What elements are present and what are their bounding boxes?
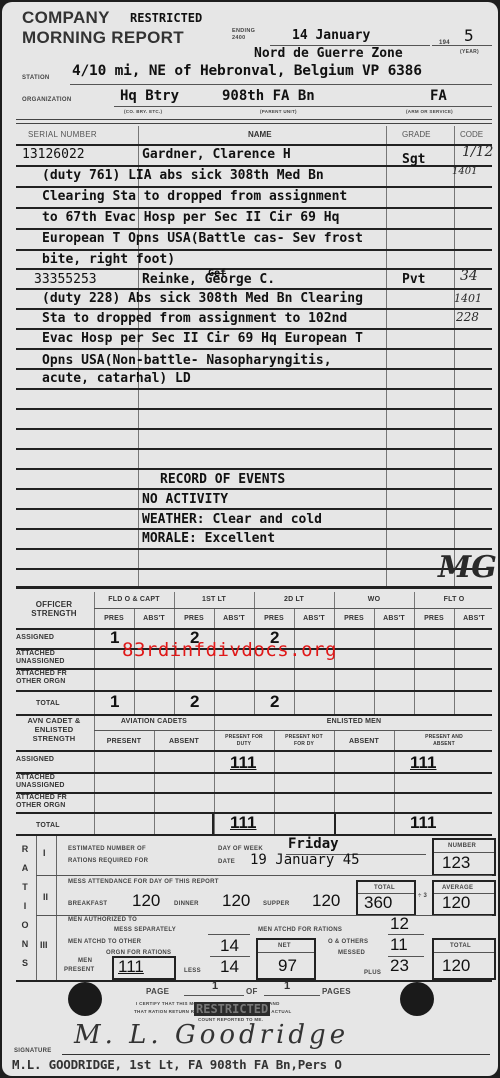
- dinner-label: DINNER: [174, 901, 199, 907]
- sub-header: PRES: [174, 615, 214, 622]
- rations-col: [56, 836, 57, 980]
- number-label: NUMBER: [448, 843, 476, 849]
- rations-rule: [36, 875, 492, 876]
- sub-header: PRESENT: [94, 738, 154, 745]
- ending-date: 14 January: [292, 28, 370, 43]
- row-rule: [16, 428, 492, 430]
- average-value: 120: [442, 893, 470, 913]
- record-line: WEATHER: Clear and cold: [142, 512, 322, 527]
- os-col: [414, 592, 415, 714]
- code-handwritten: 1401: [454, 292, 482, 305]
- signer-name: M.L. GOODRIDGE, 1st Lt, FA 908th FA Bn,P…: [12, 1057, 342, 1072]
- os-rule: [94, 608, 492, 609]
- group-header: FLT O: [414, 596, 494, 603]
- sub-header: ABSENT: [334, 738, 394, 745]
- os-subcol: [294, 608, 295, 714]
- row-rule: [16, 186, 492, 188]
- org-arm: FA: [430, 88, 447, 104]
- sub-header: ABS'T: [454, 615, 494, 622]
- row-rule: [16, 348, 492, 350]
- morning-report-card: COMPANY RESTRICTED MORNING REPORT ENDING…: [2, 2, 498, 1076]
- row-rule: [16, 488, 492, 490]
- side-letter: O: [20, 916, 30, 935]
- total-value: 360: [364, 893, 392, 913]
- col-header-serial: SERIAL NUMBER: [28, 130, 97, 139]
- row-rule: [16, 268, 492, 270]
- restricted-stamp: RESTRICTED: [194, 1002, 270, 1016]
- signature-label: SIGNATURE: [14, 1048, 52, 1054]
- row-label: ASSIGNED: [16, 634, 76, 641]
- ending-label: ENDING 2400: [232, 28, 268, 42]
- row-label: ATTACHED FR OTHER ORGN: [16, 794, 90, 810]
- sub-header: ABS'T: [294, 615, 334, 622]
- code-handwritten: 1401: [452, 166, 477, 177]
- serial-number: 33355253: [34, 272, 97, 287]
- auth-label: MESS SEPARATELY: [114, 927, 176, 933]
- atchd-for-value: 12: [390, 914, 409, 934]
- cell-value: 111: [230, 753, 257, 773]
- dinner-value: 120: [222, 891, 250, 911]
- row-rule: [16, 388, 492, 390]
- cell-value: 111: [410, 813, 437, 833]
- section-numeral: I: [43, 848, 46, 858]
- cell-value: 111: [410, 753, 437, 773]
- rations-rule: [36, 915, 492, 916]
- side-letter: R: [20, 840, 30, 859]
- org-underline: [114, 106, 492, 107]
- col-divider-3: [454, 126, 455, 586]
- of-label: OF: [246, 987, 258, 996]
- org-arm-caption: (ARM OR SERVICE): [406, 109, 453, 114]
- cell-value: 1: [110, 628, 119, 648]
- record-line: MORALE: Excellent: [142, 531, 275, 546]
- station-underline: [70, 84, 492, 85]
- pages-value: 1: [284, 980, 290, 992]
- sub-header: PRESENT FOR DUTY: [214, 734, 274, 748]
- org-unit: Hq Btry: [120, 88, 179, 104]
- col-header-grade: GRADE: [402, 130, 430, 139]
- cell-value: 2: [270, 692, 279, 712]
- year-digit: 5: [464, 26, 474, 45]
- header-rule-2: [16, 123, 492, 124]
- person-name: Gardner, Clarence H: [142, 147, 291, 162]
- section-numeral: II: [43, 892, 48, 902]
- officer-strength-title: OFFICER STRENGTH: [16, 600, 92, 618]
- row-rule: [16, 249, 492, 251]
- rations-col: [36, 836, 37, 980]
- year-label: (YEAR): [460, 49, 479, 55]
- station-line2: 4/10 mi, NE of Hebronval, Belgium VP 638…: [72, 63, 422, 79]
- form-title-line1: COMPANY: [22, 8, 110, 28]
- cell-value: 2: [190, 692, 199, 712]
- total-box-rule: [434, 952, 494, 953]
- side-letter: A: [20, 859, 30, 878]
- atchd-to-label: MEN ATCHD TO OTHER: [68, 939, 141, 945]
- men-present-value: 111: [118, 957, 144, 977]
- sub-header: PRES: [94, 615, 134, 622]
- others-label: O & OTHERS: [328, 939, 368, 945]
- row-label: TOTAL: [36, 822, 96, 829]
- remark-line: Sta to dropped from assignment to 102nd: [42, 311, 347, 326]
- row-rule: [16, 568, 492, 570]
- side-letter: T: [20, 878, 30, 897]
- os-subcol: [374, 608, 375, 714]
- remark-line: (duty 228) Abs sick 308th Med Bn Clearin…: [42, 291, 363, 306]
- code-handwritten: 1/12: [462, 144, 493, 160]
- remark-line: (duty 761) LIA abs sick 308th Med Bn: [42, 168, 324, 183]
- org-unit-caption: (CO. BRY. ETC.): [124, 109, 162, 114]
- row-rule: [16, 207, 492, 209]
- row-rule: [16, 448, 492, 450]
- station-line1: Nord de Guerre Zone: [254, 46, 403, 61]
- row-rule: [16, 228, 492, 230]
- supper-value: 120: [312, 891, 340, 911]
- day-value: Friday: [288, 836, 339, 852]
- remark-line: to 67th Evac Hosp per Sec II Cir 69 Hq: [42, 210, 339, 225]
- person-grade: Pvt: [402, 272, 425, 287]
- group-header: ENLISTED MEN: [214, 718, 494, 725]
- watermark-text: 83rdinfdivdocs.org: [122, 639, 337, 661]
- divide-label: ÷ 3: [418, 892, 428, 900]
- org-parent-caption: (PARENT UNIT): [260, 109, 297, 114]
- enlisted-strength-title: AVN CADET & ENLISTED STRENGTH: [16, 716, 92, 743]
- row-label: ATTACHED UNASSIGNED: [16, 774, 86, 790]
- row-rule: [16, 368, 492, 370]
- date-label: DATE: [218, 859, 235, 865]
- remark-line: bite, right foot): [42, 252, 175, 267]
- person-grade: Sgt: [402, 152, 425, 167]
- remark-line: Evac Hosp per Sec II Cir 69 Hq European …: [42, 331, 363, 346]
- plus-label: PLUS: [364, 970, 381, 976]
- auth-label: MEN AUTHORIZED TO: [68, 917, 137, 923]
- section-label: RATIONS REQUIRED FOR: [68, 858, 148, 864]
- less-label: LESS: [184, 968, 201, 974]
- sub-header: PRES: [254, 615, 294, 622]
- year-underline: [432, 45, 492, 46]
- code-handwritten: 34: [460, 268, 478, 284]
- table-header-rule: [16, 144, 492, 146]
- punch-hole-left: [68, 982, 102, 1016]
- section-rule: [16, 586, 492, 589]
- total-value: 120: [442, 956, 470, 976]
- side-letter: S: [20, 954, 30, 973]
- row-rule: [16, 528, 492, 530]
- row-rule: [16, 288, 492, 290]
- rations-side-label: R A T I O N S: [20, 840, 30, 973]
- row-rule: [16, 548, 492, 550]
- struck-text: Gef: [208, 268, 226, 279]
- serial-number: 13126022: [22, 147, 85, 162]
- punch-hole-right: [400, 982, 434, 1016]
- net-box-rule: [258, 952, 314, 953]
- cell-value: 111: [230, 813, 257, 833]
- es-rule: [94, 730, 492, 731]
- section-label: MESS ATTENDANCE FOR DAY OF THIS REPORT: [68, 879, 219, 885]
- sub-header: PRESENT NOT FOR DY: [274, 734, 334, 748]
- less-value: 14: [220, 957, 239, 977]
- remark-line: Clearing Sta to dropped from assignment: [42, 189, 347, 204]
- plus-value: 23: [390, 956, 409, 976]
- group-header: FLD O & CAPT: [94, 596, 174, 603]
- sub-header: PRESENT AND ABSENT: [394, 734, 494, 748]
- org-parent: 908th FA Bn: [222, 88, 315, 104]
- sub-header: ABS'T: [214, 615, 254, 622]
- es-col: [154, 730, 155, 836]
- row-label: ASSIGNED: [16, 756, 76, 763]
- group-header: WO: [334, 596, 414, 603]
- record-line: NO ACTIVITY: [142, 492, 228, 507]
- section-label: ESTIMATED NUMBER OF: [68, 846, 146, 852]
- net-label: NET: [278, 943, 291, 949]
- row-label: ATTACHED FR OTHER ORGN: [16, 670, 90, 686]
- col-divider-2: [386, 126, 387, 586]
- cell-value: 1: [110, 692, 119, 712]
- group-header: 1ST LT: [174, 596, 254, 603]
- row-rule: [16, 308, 492, 310]
- page-label: PAGE: [146, 987, 169, 996]
- page-underline: [184, 995, 244, 996]
- row-label: ATTACHED UNASSIGNED: [16, 650, 86, 666]
- es-rule: [16, 750, 492, 752]
- code-handwritten: 228: [456, 310, 479, 324]
- breakfast-label: BREAKFAST: [68, 901, 107, 907]
- col-header-code: CODE: [460, 130, 483, 139]
- group-header: AVIATION CADETS: [94, 718, 214, 725]
- net-value: 97: [278, 956, 297, 976]
- classification-stamp: RESTRICTED: [130, 11, 202, 25]
- signature-line: [62, 1054, 490, 1055]
- header-rule-1: [16, 119, 492, 120]
- page-value: 1: [212, 980, 218, 992]
- total-label: TOTAL: [450, 943, 471, 949]
- os-subcol: [134, 608, 135, 714]
- total-label: TOTAL: [374, 885, 395, 891]
- remark-line: European T Opns USA(Battle cas- Sev fros…: [42, 231, 363, 246]
- pages-label: PAGES: [322, 987, 351, 996]
- row-rule: [16, 408, 492, 410]
- side-letter: N: [20, 935, 30, 954]
- sub-header: PRES: [414, 615, 454, 622]
- men-present-label: PRESENT: [64, 967, 94, 973]
- average-label: AVERAGE: [442, 885, 473, 891]
- atchd-for-label: MEN ATCHD FOR RATIONS: [258, 927, 342, 933]
- remark-line: acute, catarhal) LD: [42, 371, 191, 386]
- row-rule: [16, 328, 492, 330]
- initials-mark: MG: [438, 550, 497, 585]
- group-header: 2D LT: [254, 596, 334, 603]
- others-label: MESSED: [338, 950, 365, 956]
- col-header-name: NAME: [248, 130, 272, 139]
- breakfast-value: 120: [132, 891, 160, 911]
- sub-header: ABS'T: [374, 615, 414, 622]
- signature: M. L. Goodridge: [74, 1020, 349, 1050]
- os-rule: [16, 628, 492, 630]
- number-value: 123: [442, 853, 470, 873]
- os-rule: [16, 690, 492, 692]
- station-label: STATION: [22, 75, 50, 81]
- date-value: 19 January 45: [250, 852, 360, 868]
- men-present-label: MEN: [78, 958, 92, 964]
- sub-header: ABS'T: [134, 615, 174, 622]
- os-col: [94, 592, 95, 714]
- organization-label: ORGANIZATION: [22, 97, 72, 103]
- sub-header: ABSENT: [154, 738, 214, 745]
- row-rule: [16, 508, 492, 510]
- os-subcol: [454, 608, 455, 714]
- section-numeral: III: [40, 940, 48, 950]
- supper-label: SUPPER: [263, 901, 289, 907]
- others-value: 11: [390, 935, 408, 955]
- remark-line: Opns USA(Non-battle- Nasopharyngitis,: [42, 353, 332, 368]
- record-heading: RECORD OF EVENTS: [160, 472, 285, 487]
- es-col: [94, 716, 95, 836]
- row-label: TOTAL: [36, 700, 96, 707]
- side-letter: I: [20, 897, 30, 916]
- auth-underline: [208, 934, 250, 935]
- form-title-line2: MORNING REPORT: [22, 28, 184, 48]
- os-subcol: [214, 608, 215, 714]
- sub-header: PRES: [334, 615, 374, 622]
- pages-underline: [264, 995, 320, 996]
- atchd-to-value: 14: [220, 936, 239, 956]
- row-rule: [16, 468, 492, 470]
